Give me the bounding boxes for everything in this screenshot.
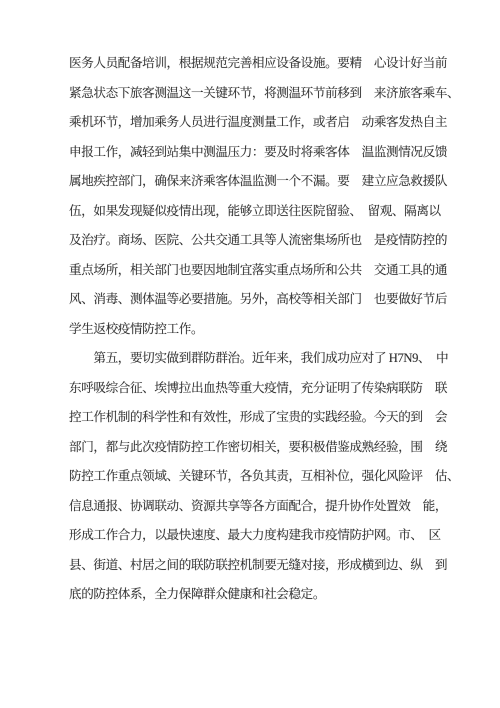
text-line: 学生返校疫情防控工作。 [69, 315, 447, 345]
text-line: 属地疾控部门，确保来济乘客体温监测一个不漏。要 建立应急救援队 [69, 167, 447, 197]
text-line: 重点场所，相关部门也要因地制宜落实重点场所和公共 交通工具的通 [69, 256, 447, 286]
text-line: 形成工作合力，以最快速度、最大力度构建我市疫情防护网。市、 区 [69, 521, 447, 551]
text-line: 及治疗。商场、医院、公共交通工具等人流密集场所也 是疫情防控的 [69, 226, 447, 256]
text-line: 信息通报、协调联动、资源共享等各方面配合，提升协作处置效 能， [69, 492, 447, 522]
text-line: 第五，要切实做到群防群治。近年来，我们成功应对了 H7N9、 中 [69, 344, 447, 374]
text-line: 风、消毒、测体温等必要措施。另外，高校等相关部门 也要做好节后 [69, 285, 447, 315]
text-line: 申报工作，减轻到站集中测温压力：要及时将乘客体 温监测情况反馈 [69, 138, 447, 168]
text-line: 控工作机制的科学性和有效性，形成了宝贵的实践经验。今天的到 会 [69, 403, 447, 433]
document-text-block: 医务人员配备培训，根据规范完善相应设备设施。要精 心设计好当前紧急状态下旅客测温… [69, 49, 447, 610]
text-line: 乘机环节，增加乘务人员进行温度测量工作，或者启 动乘客发热自主 [69, 108, 447, 138]
text-line: 防控工作重点领域、关键环节，各负其责，互相补位，强化风险评 估、 [69, 462, 447, 492]
document-page: 医务人员配备培训，根据规范完善相应设备设施。要精 心设计好当前紧急状态下旅客测温… [0, 0, 500, 708]
text-line: 底的防控体系，全力保障群众健康和社会稳定。 [69, 580, 447, 610]
text-line: 部门，都与此次疫情防控工作密切相关，要积极借鉴成熟经验，围 绕 [69, 433, 447, 463]
text-line: 县、街道、村居之间的联防联控机制要无缝对接，形成横到边、纵 到 [69, 551, 447, 581]
text-line: 医务人员配备培训，根据规范完善相应设备设施。要精 心设计好当前 [69, 49, 447, 79]
text-line: 紧急状态下旅客测温这一关键环节，将测温环节前移到 来济旅客乘车、 [69, 79, 447, 109]
text-line: 东呼吸综合征、埃博拉出血热等重大疫情，充分证明了传染病联防 联 [69, 374, 447, 404]
text-line: 伍，如果发现疑似疫情出现，能够立即送往医院留验、 留观、隔离以 [69, 197, 447, 227]
